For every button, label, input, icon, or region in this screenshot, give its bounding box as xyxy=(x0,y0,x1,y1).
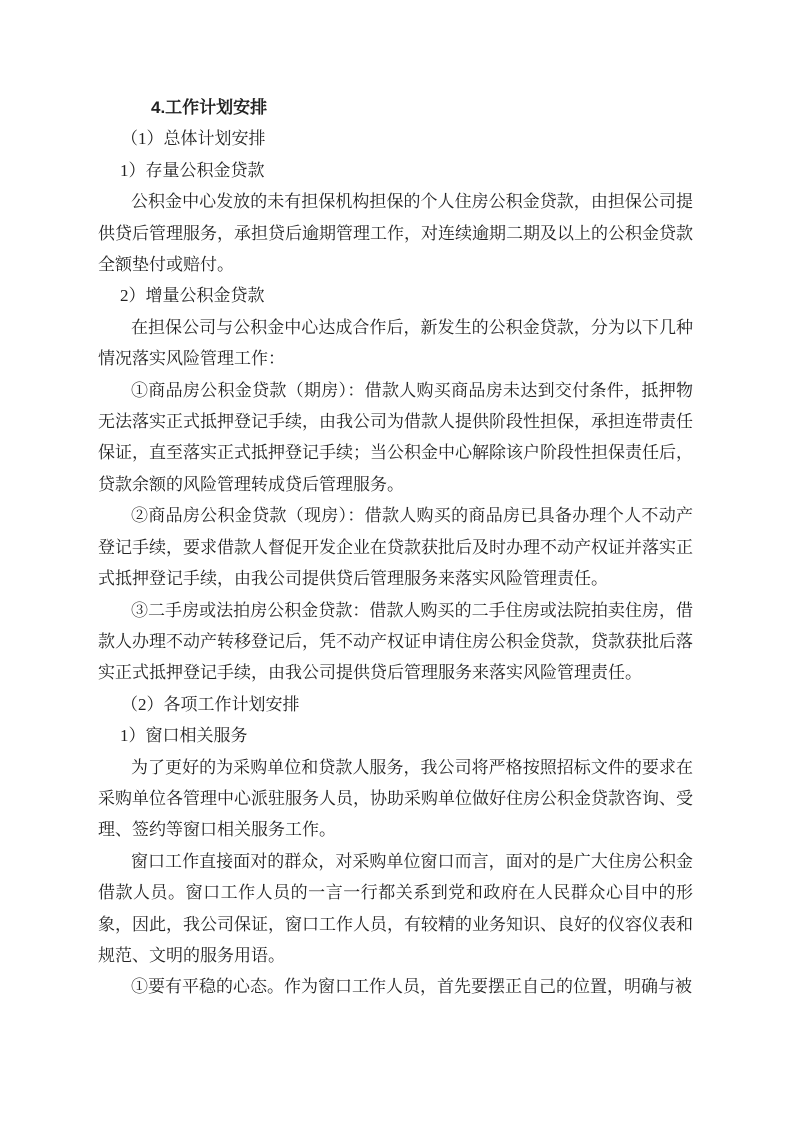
paragraph-item-3-secondhand-housing: ③二手房或法拍房公积金贷款：借款人购买的二手住房或法院拍卖住房，借款人办理不动产… xyxy=(98,595,693,689)
paragraph-item-1-steady-mindset: ①要有平稳的心态。作为窗口工作人员，首先要摆正自己的位置，明确与被 xyxy=(98,971,693,1002)
numbered-heading-window-services: 1）窗口相关服务 xyxy=(98,720,693,751)
numbered-heading-incremental-loans: 2）增量公积金贷款 xyxy=(98,280,693,311)
section-heading-work-plan: 4.工作计划安排 xyxy=(98,92,693,123)
paragraph-item-1-presale-housing: ①商品房公积金贷款（期房）：借款人购买商品房未达到交付条件，抵押物无法落实正式抵… xyxy=(98,375,693,501)
subsection-heading-overall-plan: （1）总体计划安排 xyxy=(98,123,693,154)
paragraph-window-service-conduct: 窗口工作直接面对的群众，对采购单位窗口而言，面对的是广大住房公积金借款人员。窗口… xyxy=(98,846,693,972)
numbered-heading-existing-loans: 1）存量公积金贷款 xyxy=(98,155,693,186)
paragraph-incremental-intro: 在担保公司与公积金中心达成合作后，新发生的公积金贷款，分为以下几种情况落实风险管… xyxy=(98,312,693,375)
paragraph-window-service-staffing: 为了更好的为采购单位和贷款人服务，我公司将严格按照招标文件的要求在采购单位各管理… xyxy=(98,752,693,846)
paragraph-existing-loans: 公积金中心发放的未有担保机构担保的个人住房公积金贷款，由担保公司提供贷后管理服务… xyxy=(98,186,693,280)
document-page: 4.工作计划安排 （1）总体计划安排 1）存量公积金贷款 公积金中心发放的未有担… xyxy=(0,0,793,1122)
subsection-heading-detailed-plan: （2）各项工作计划安排 xyxy=(98,689,693,720)
paragraph-item-2-completed-housing: ②商品房公积金贷款（现房）：借款人购买的商品房已具备办理个人不动产登记手续，要求… xyxy=(98,500,693,594)
document-body: 4.工作计划安排 （1）总体计划安排 1）存量公积金贷款 公积金中心发放的未有担… xyxy=(98,0,693,1003)
